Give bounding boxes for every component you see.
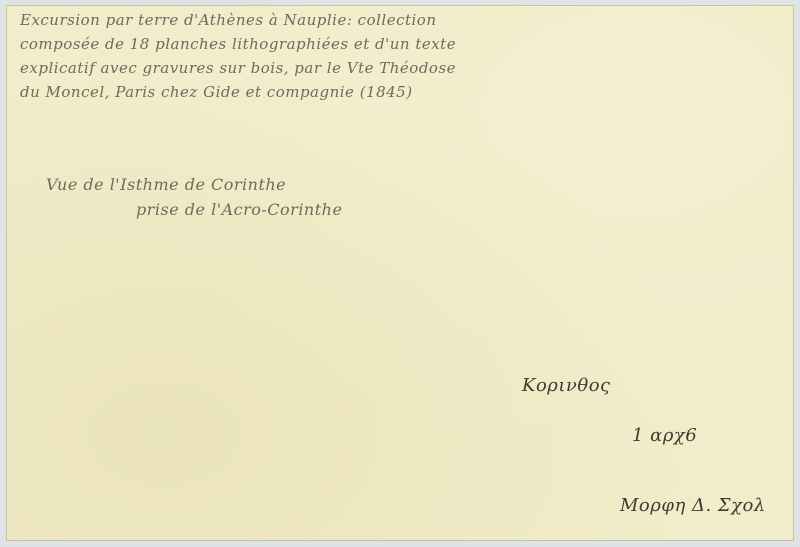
note-line-2: composée de 18 planches lithographiées e… (20, 35, 456, 53)
handwritten-place-name: Κορινθος (522, 375, 611, 396)
plate-title-line-2: prise de l'Acro-Corinthe (136, 200, 342, 219)
document-page: Excursion par terre d'Athènes à Nauplie:… (6, 5, 794, 541)
note-line-1: Excursion par terre d'Athènes à Nauplie:… (20, 11, 437, 29)
plate-title-line-1: Vue de l'Isthme de Corinthe (46, 175, 286, 194)
handwritten-signature: Μορφη Δ. Σχολ (620, 495, 766, 516)
note-line-4: du Moncel, Paris chez Gide et compagnie … (20, 83, 413, 101)
handwritten-number: 1 αρχ6 (632, 425, 697, 446)
note-line-3: explicatif avec gravures sur bois, par l… (20, 59, 456, 77)
